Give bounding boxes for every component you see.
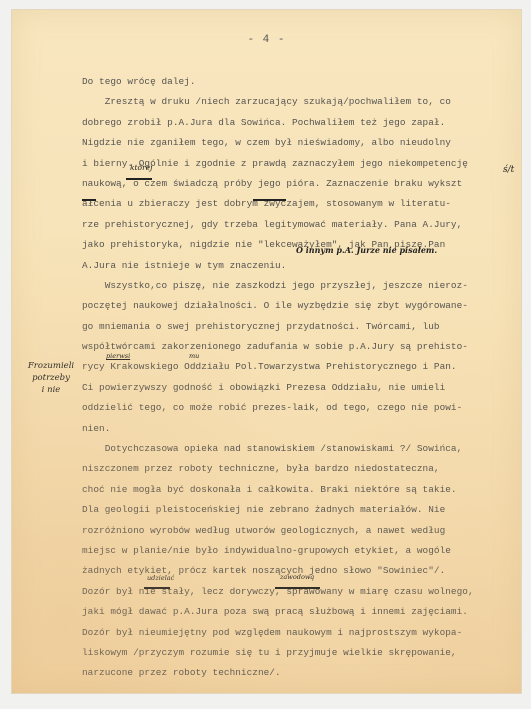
text-line: Zresztą w druku /niech zarzucający szuka… bbox=[82, 92, 512, 112]
text-line: ałcenia u zbieraczy jest dobrym zwyczaje… bbox=[82, 194, 512, 214]
margin-note-line: i nie bbox=[26, 384, 76, 396]
text-line: Wszystko,co piszę, nie zaszkodzi jego pr… bbox=[82, 276, 512, 296]
text-line: Dla geologii pleistoceńskiej nie zebrano… bbox=[82, 500, 512, 520]
text-line: narzucone przez roboty techniczne/. bbox=[82, 663, 512, 683]
handwritten-correction-st: ś/t bbox=[503, 165, 514, 175]
text-line: współtwórcami zakorzenionego zadufania w… bbox=[82, 337, 512, 357]
text-line: choć nie mogła być doskonała i całkowita… bbox=[82, 480, 512, 500]
handwritten-o-innym: O innym p.A. Jurze nie pisałem. bbox=[296, 245, 437, 255]
text-line: Dozór był nie stały, lecz dorywczy, spra… bbox=[82, 582, 512, 602]
handwritten-zawodowa: zawodową bbox=[280, 573, 314, 581]
text-line: Do tego wrócę dalej. bbox=[82, 72, 512, 92]
text-line: nien. bbox=[82, 419, 512, 439]
text-line: go mniemania o swej prehistorycznej przy… bbox=[82, 317, 512, 337]
margin-note-line: Frozumieli bbox=[26, 360, 76, 372]
strikethrough-dobrym bbox=[253, 199, 286, 201]
text-line: rycy Krakowskiego Oddziału Pol.Towarzyst… bbox=[82, 357, 512, 377]
handwritten-ktorej: której bbox=[130, 163, 152, 172]
text-line: Nigdzie nie zganiłem tego, w czem był ni… bbox=[82, 133, 512, 153]
text-line: rze prehistorycznej, gdy trzeba legitymo… bbox=[82, 215, 512, 235]
text-line: liskowym /przyczym rozumie się tu i przy… bbox=[82, 643, 512, 663]
text-line: rozróżniono wyrobów według utworów geolo… bbox=[82, 521, 512, 541]
text-line: Ci powierzywszy godność i obowiązki Prez… bbox=[82, 378, 512, 398]
text-line: jaki mógł dawać p.A.Jura poza swą pracą … bbox=[82, 602, 512, 622]
text-line: niszczonem przez roboty techniczne, była… bbox=[82, 459, 512, 479]
handwritten-udzielac: udzielać bbox=[147, 574, 174, 582]
text-line: poczętej naukowej działalności. O ile wy… bbox=[82, 296, 512, 316]
strikethrough-sluzbowa bbox=[275, 587, 320, 589]
margin-note-line: potrzeby bbox=[26, 372, 76, 384]
text-line: miejsc w planie/nie było indywidualno-gr… bbox=[82, 541, 512, 561]
page-number: - 4 - bbox=[12, 34, 521, 46]
strikethrough-al bbox=[82, 199, 96, 201]
text-line: oddzielić tego, co może robić prezes-lai… bbox=[82, 398, 512, 418]
text-line: Dotychczasowa opieka nad stanowiskiem /s… bbox=[82, 439, 512, 459]
handwritten-pierwsi: pierwsi bbox=[106, 352, 130, 360]
text-line: naukową, o czem świadczą próby jego piór… bbox=[82, 174, 512, 194]
text-line: dobrego zrobił p.A.Jura dla Sowińca. Poc… bbox=[82, 113, 512, 133]
handwritten-mu: mu bbox=[189, 352, 199, 360]
strikethrough-czem bbox=[126, 178, 152, 180]
text-line: A.Jura nie istnieje w tym znaczeniu. bbox=[82, 256, 512, 276]
margin-note: Frozumieli potrzeby i nie bbox=[26, 360, 76, 396]
document-page: - 4 - Do tego wrócę dalej. Zresztą w dru… bbox=[12, 10, 521, 693]
text-line: Dozór był nieumiejętny pod względem nauk… bbox=[82, 623, 512, 643]
strikethrough-dawac bbox=[144, 587, 170, 589]
